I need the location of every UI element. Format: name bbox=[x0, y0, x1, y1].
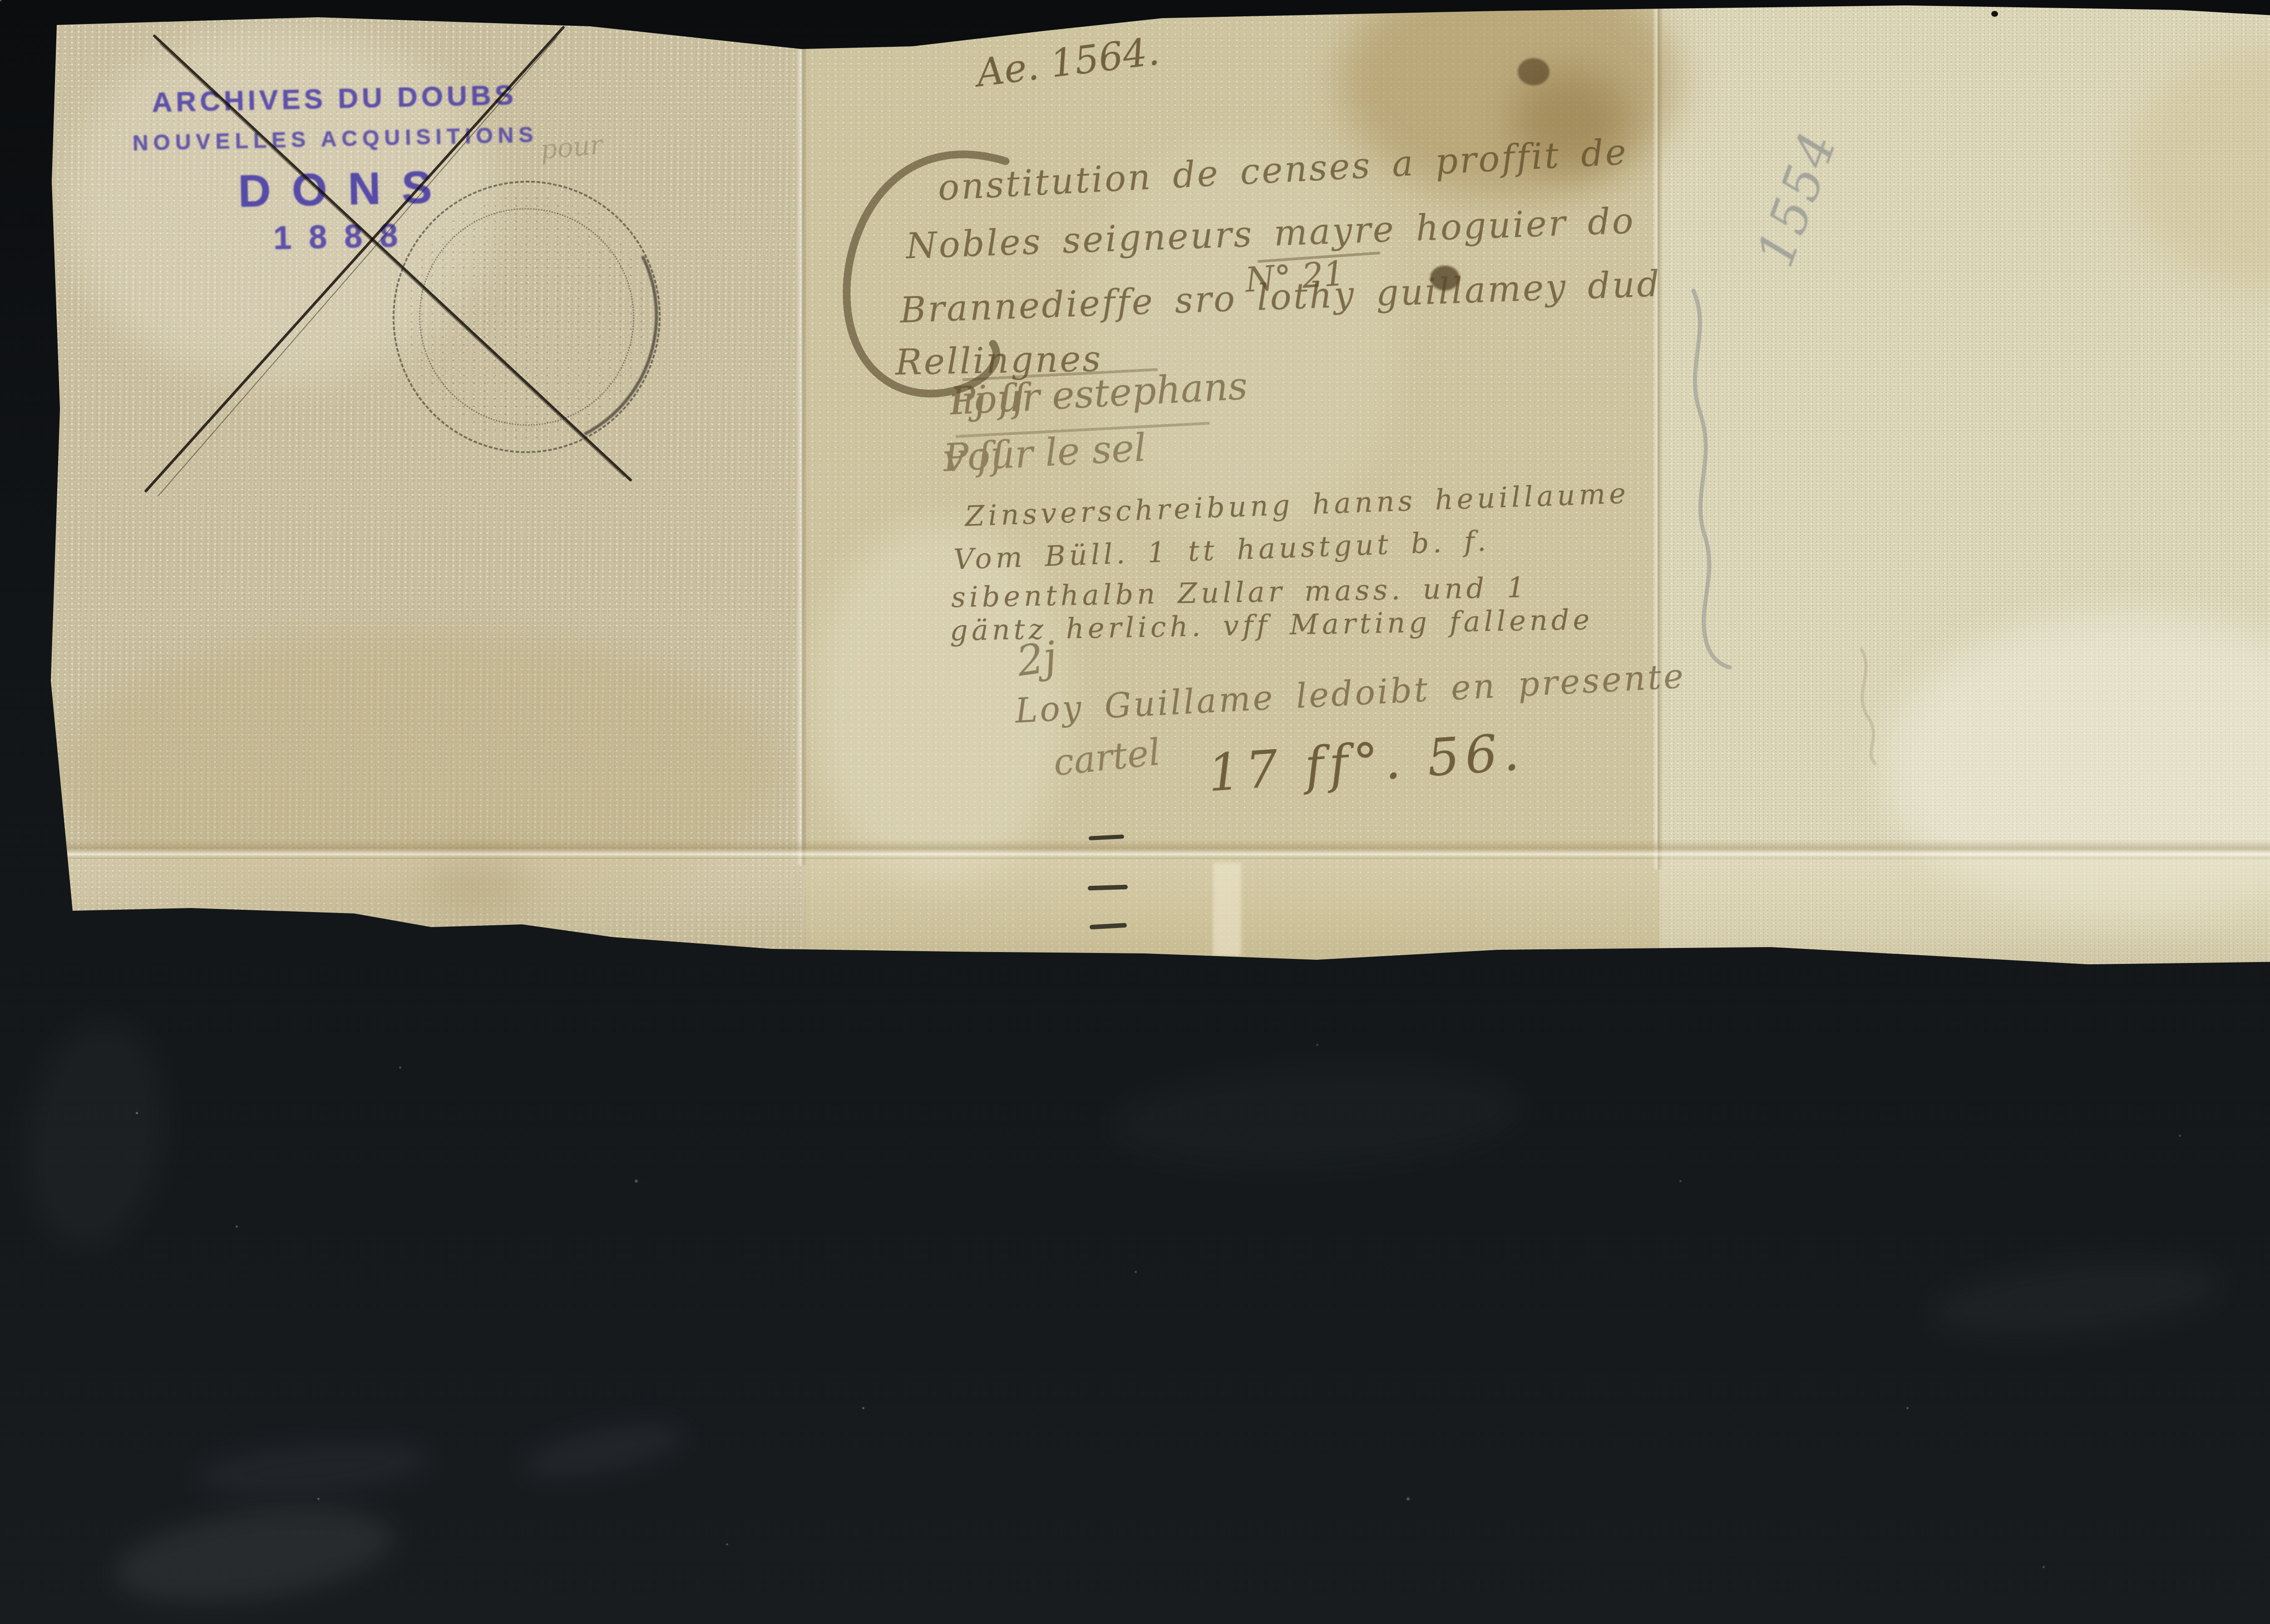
ms-paraph: 2j bbox=[1014, 632, 1060, 686]
ms-number-note: N° 21 bbox=[1244, 254, 1346, 300]
vertical-fold-left bbox=[796, 0, 807, 865]
bg-smudge-5 bbox=[1110, 1056, 1523, 1178]
horizontal-fold-crease bbox=[45, 840, 2270, 859]
follicle-hole-1 bbox=[1991, 11, 1998, 17]
faint-pen-squiggle bbox=[1843, 645, 1902, 767]
bg-smudge-1 bbox=[109, 1493, 400, 1617]
stamp-line-2: NOUVELLES ACQUISITIONS bbox=[101, 122, 569, 157]
stamp-line-3: DONS bbox=[102, 158, 571, 221]
photo-of-parchment-document: ARCHIVES DU DOUBS NOUVELLES ACQUISITIONS… bbox=[0, 0, 2270, 1624]
ink-blot-2 bbox=[1518, 58, 1550, 85]
ghost-ink-word: pour bbox=[539, 129, 604, 165]
bg-smudge-3 bbox=[520, 1414, 688, 1488]
vertical-fold-right bbox=[1653, 0, 1663, 869]
bg-smudge-2 bbox=[193, 1434, 433, 1504]
account-2-amount: v ſſ bbox=[942, 433, 1006, 480]
pencil-scrawl bbox=[1680, 281, 1771, 672]
bg-smudge-6 bbox=[12, 1013, 179, 1257]
bg-dust-specks bbox=[0, 0, 1, 1]
folded-plica-flap bbox=[45, 859, 2270, 981]
account-1-amount: iij ſſ bbox=[949, 375, 1028, 424]
repair-scar bbox=[1213, 863, 1241, 956]
parchment: ARCHIVES DU DOUBS NOUVELLES ACQUISITIONS… bbox=[0, 0, 2270, 981]
archive-stamp: ARCHIVES DU DOUBS NOUVELLES ACQUISITIONS… bbox=[100, 78, 572, 260]
bg-smudge-4 bbox=[1926, 1247, 2227, 1350]
